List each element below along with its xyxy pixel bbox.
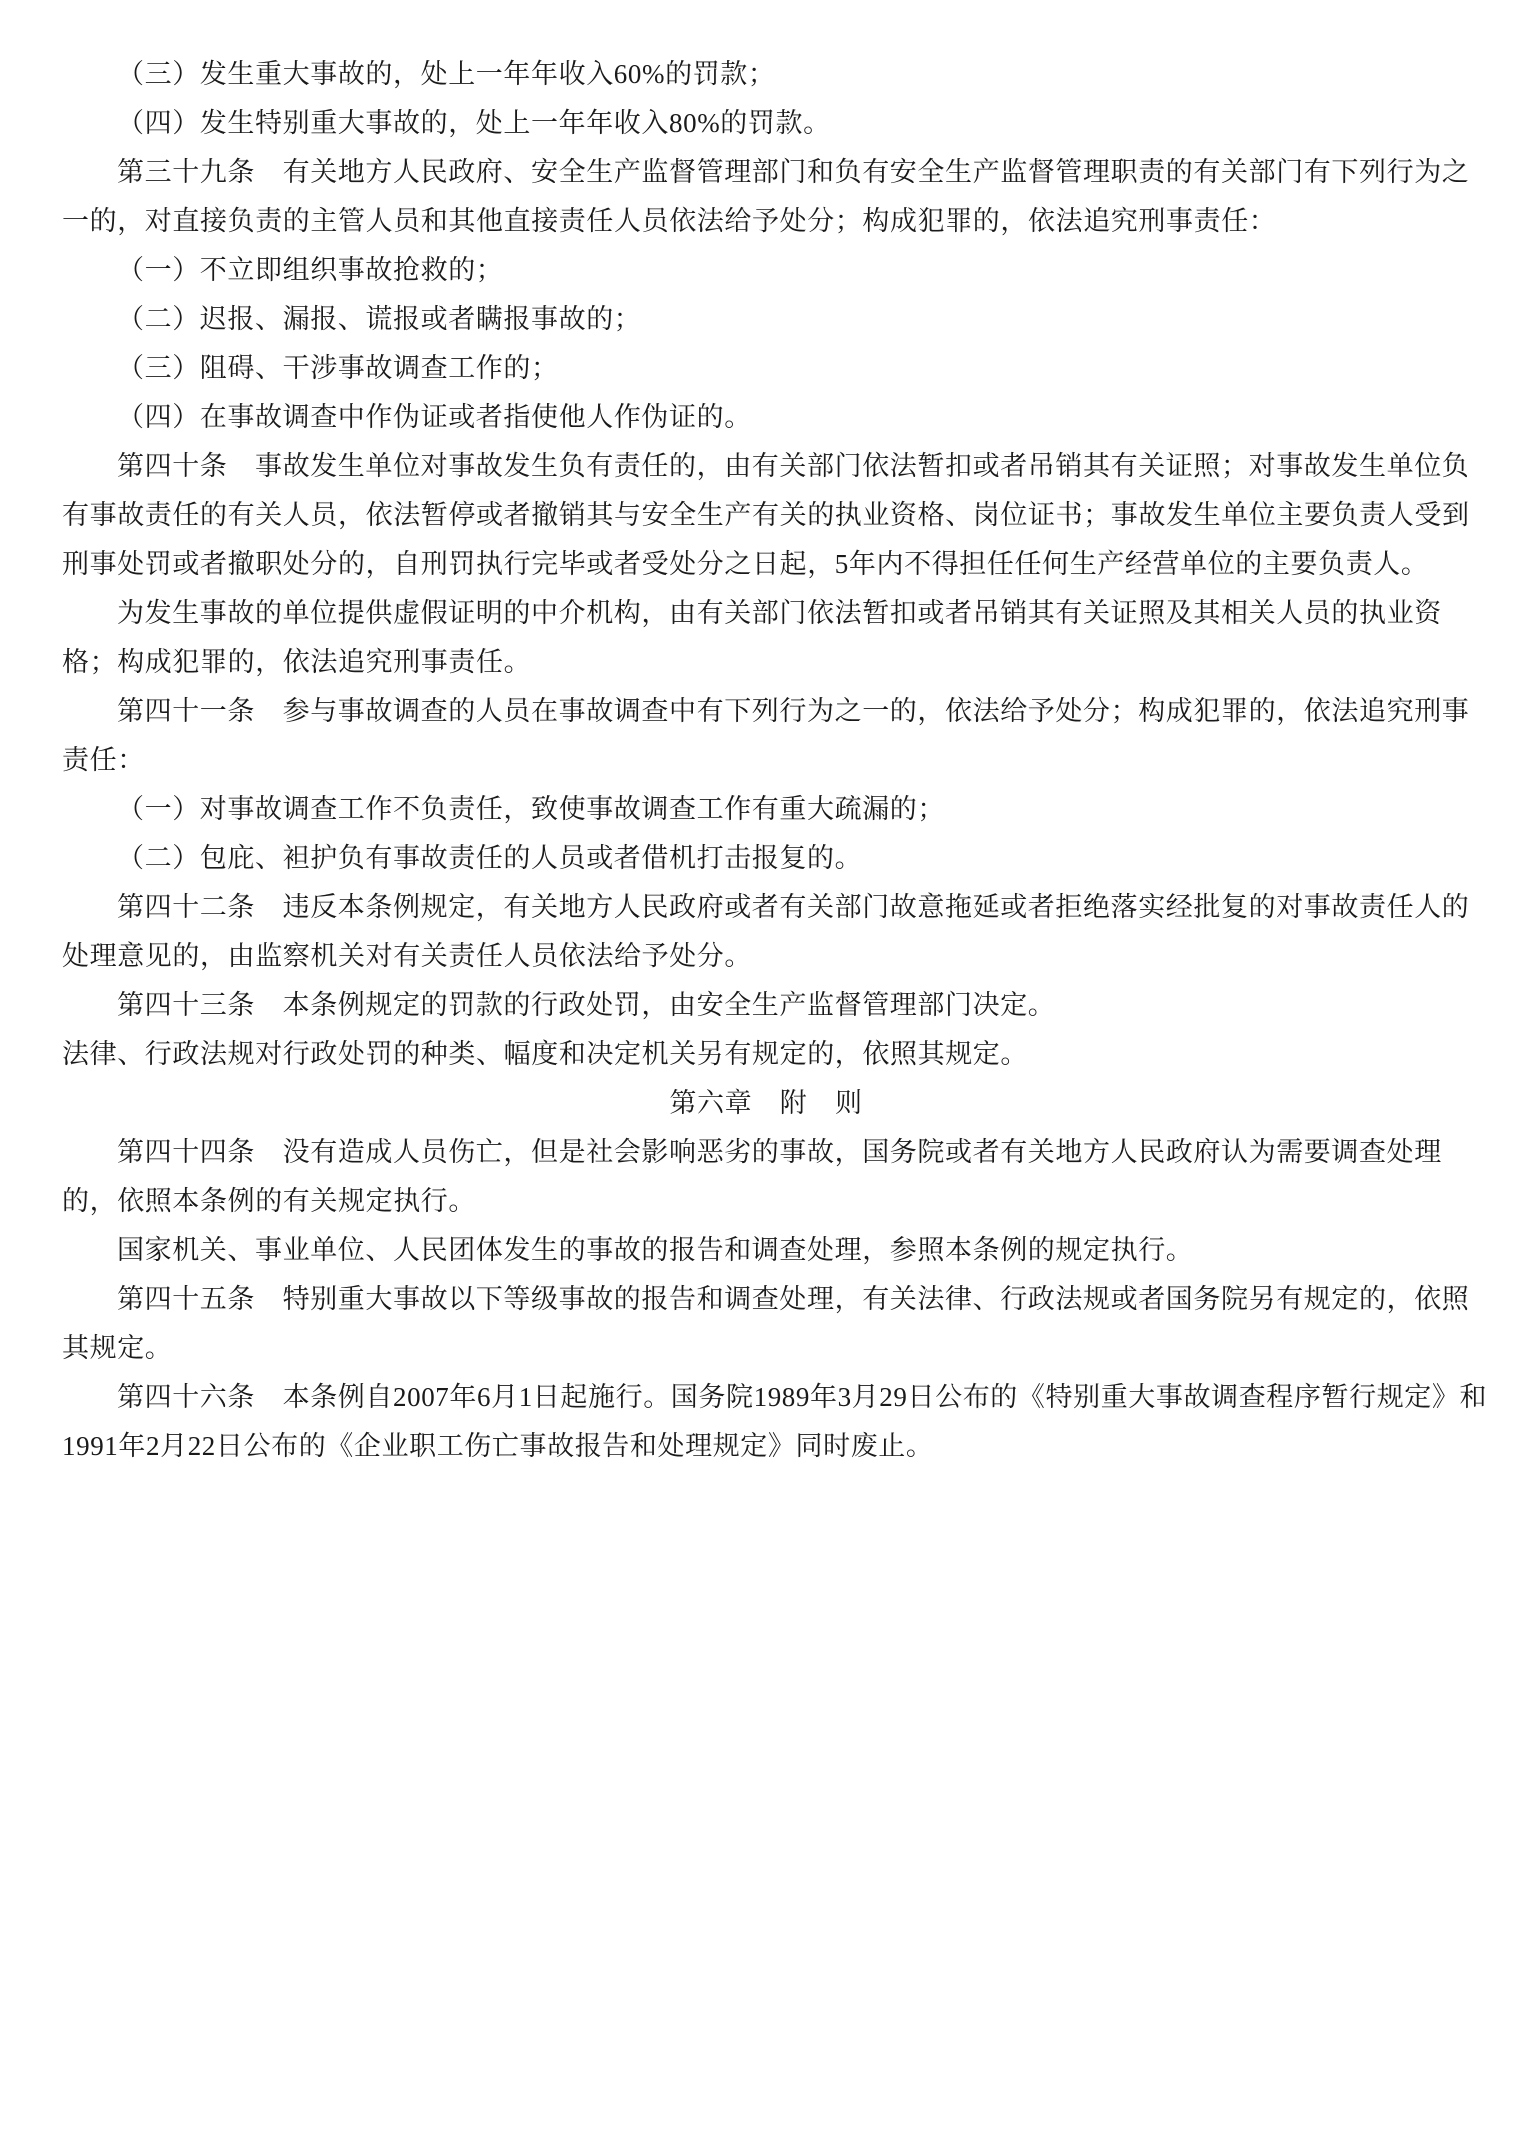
text-line: （二）包庇、袒护负有事故责任的人员或者借机打击报复的。 — [62, 834, 1470, 883]
text-line: （二）迟报、漏报、谎报或者瞒报事故的； — [62, 295, 1470, 344]
text-line: （四）发生特别重大事故的，处上一年年收入80%的罚款。 — [62, 99, 1470, 148]
text-line: 刑事处罚或者撤职处分的，自刑罚执行完毕或者受处分之日起，5年内不得担任任何生产经… — [62, 540, 1470, 589]
article-42-line: 第四十二条 违反本条例规定，有关地方人民政府或者有关部门故意拖延或者拒绝落实经批… — [62, 883, 1470, 932]
text-line: 一的，对直接负责的主管人员和其他直接责任人员依法给予处分；构成犯罪的，依法追究刑… — [62, 197, 1470, 246]
text-line: 的，依照本条例的有关规定执行。 — [62, 1177, 1470, 1226]
text-line: （四）在事故调查中作伪证或者指使他人作伪证的。 — [62, 393, 1470, 442]
text-line: （一）对事故调查工作不负责任，致使事故调查工作有重大疏漏的； — [62, 785, 1470, 834]
article-40-line: 第四十条 事故发生单位对事故发生负有责任的，由有关部门依法暂扣或者吊销其有关证照… — [62, 442, 1470, 491]
article-41-line: 第四十一条 参与事故调查的人员在事故调查中有下列行为之一的，依法给予处分；构成犯… — [62, 687, 1470, 736]
text-line: （一）不立即组织事故抢救的； — [62, 246, 1470, 295]
text-line: 1991年2月22日公布的《企业职工伤亡事故报告和处理规定》同时废止。 — [62, 1422, 1470, 1471]
text-line: （三）发生重大事故的，处上一年年收入60%的罚款； — [62, 50, 1470, 99]
article-44-line: 第四十四条 没有造成人员伤亡，但是社会影响恶劣的事故，国务院或者有关地方人民政府… — [62, 1128, 1470, 1177]
text-line: 处理意见的，由监察机关对有关责任人员依法给予处分。 — [62, 932, 1470, 981]
chapter-heading: 第六章 附 则 — [62, 1079, 1470, 1128]
article-46-line: 第四十六条 本条例自2007年6月1日起施行。国务院1989年3月29日公布的《… — [62, 1373, 1470, 1422]
article-39-line: 第三十九条 有关地方人民政府、安全生产监督管理部门和负有安全生产监督管理职责的有… — [62, 148, 1470, 197]
text-line: 法律、行政法规对行政处罚的种类、幅度和决定机关另有规定的，依照其规定。 — [62, 1030, 1470, 1079]
article-43-line: 第四十三条 本条例规定的罚款的行政处罚，由安全生产监督管理部门决定。 — [62, 981, 1470, 1030]
text-line: 有事故责任的有关人员，依法暂停或者撤销其与安全生产有关的执业资格、岗位证书；事故… — [62, 491, 1470, 540]
document-page: （三）发生重大事故的，处上一年年收入60%的罚款； （四）发生特别重大事故的，处… — [0, 0, 1520, 2150]
text-line: 国家机关、事业单位、人民团体发生的事故的报告和调查处理，参照本条例的规定执行。 — [62, 1226, 1470, 1275]
text-line: 为发生事故的单位提供虚假证明的中介机构，由有关部门依法暂扣或者吊销其有关证照及其… — [62, 589, 1470, 638]
text-line: （三）阻碍、干涉事故调查工作的； — [62, 344, 1470, 393]
text-line: 格；构成犯罪的，依法追究刑事责任。 — [62, 638, 1470, 687]
text-line: 责任： — [62, 736, 1470, 785]
text-line: 其规定。 — [62, 1324, 1470, 1373]
document-text-block: （三）发生重大事故的，处上一年年收入60%的罚款； （四）发生特别重大事故的，处… — [62, 50, 1470, 1471]
article-45-line: 第四十五条 特别重大事故以下等级事故的报告和调查处理，有关法律、行政法规或者国务… — [62, 1275, 1470, 1324]
